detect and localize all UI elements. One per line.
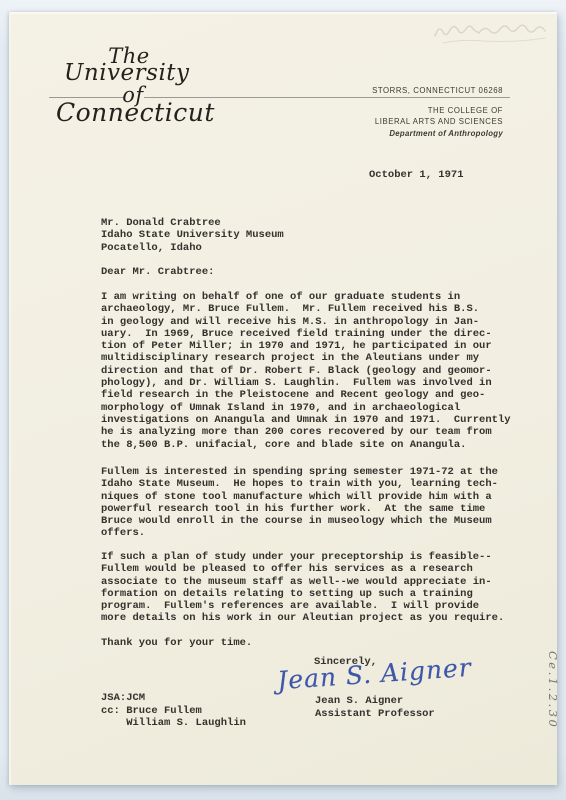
typist-initials: JSA:JCM bbox=[101, 692, 145, 704]
letter-page: The University of Connecticut STORRS, CO… bbox=[9, 12, 557, 785]
signer-typed-title: Assistant Professor bbox=[315, 708, 435, 720]
body-paragraph-1: I am writing on behalf of one of our gra… bbox=[101, 291, 511, 451]
university-wordmark-line-2: University bbox=[64, 62, 186, 85]
faint-pencil-scribble bbox=[429, 16, 559, 48]
body-paragraph-2: Fullem is interested in spending spring … bbox=[101, 466, 498, 540]
salutation: Dear Mr. Crabtree: bbox=[101, 266, 214, 278]
letterhead-college-line-2: LIBERAL ARTS AND SCIENCES bbox=[375, 117, 503, 126]
cc-list: cc: Bruce Fullem William S. Laughlin bbox=[101, 705, 246, 730]
letter-date: October 1, 1971 bbox=[369, 169, 464, 181]
scan-background: The University of Connecticut STORRS, CO… bbox=[0, 0, 566, 800]
letterhead-location: STORRS, CONNECTICUT 06268 bbox=[372, 86, 503, 95]
letterhead-college-line-1: THE COLLEGE OF bbox=[428, 106, 503, 115]
signer-typed-name: Jean S. Aigner bbox=[315, 695, 403, 707]
body-paragraph-4: Thank you for your time. bbox=[101, 637, 252, 649]
university-wordmark-line-4: Connecticut bbox=[56, 100, 196, 125]
recipient-address: Mr. Donald Crabtree Idaho State Universi… bbox=[101, 217, 284, 254]
body-paragraph-3: If such a plan of study under your prece… bbox=[101, 551, 504, 625]
handwritten-signature: Jean S. Aigner bbox=[276, 652, 488, 696]
handwritten-catalog-number: Ce.1.2.30 bbox=[546, 651, 560, 729]
letterhead-department: Department of Anthropology bbox=[389, 129, 503, 138]
